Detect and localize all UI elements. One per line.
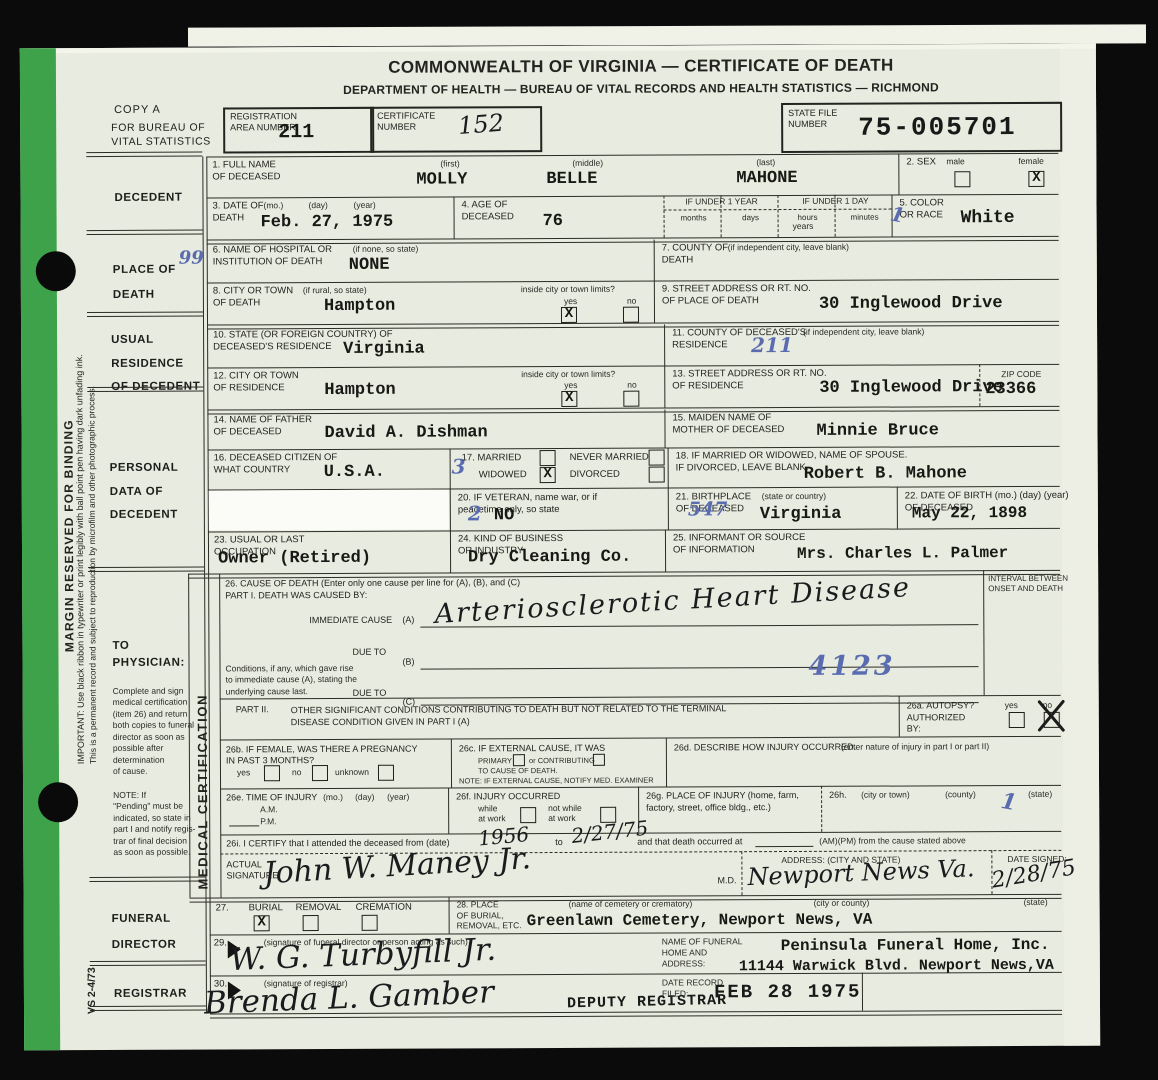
hospital-value: NONE bbox=[349, 256, 390, 275]
funeral-home-name-value: Peninsula Funeral Home, Inc. bbox=[781, 936, 1050, 955]
rule bbox=[86, 152, 202, 158]
field26b-unknown-label: unknown bbox=[335, 767, 369, 777]
field8-hint: (if rural, so state) bbox=[303, 285, 367, 295]
field9-label: 9. STREET ADDRESS OR RT. NO. OF PLACE OF… bbox=[662, 283, 811, 307]
field17-widowed-label: WIDOWED bbox=[479, 469, 527, 481]
field12-yes-label: yes bbox=[564, 380, 577, 390]
physician-note-2: NOTE: If "Pending" must be indicated, so… bbox=[113, 790, 196, 859]
married-checkbox bbox=[540, 450, 556, 466]
field27-number: 27. bbox=[216, 902, 229, 914]
rule bbox=[741, 851, 742, 895]
field5-label: 5. COLOR OR RACE bbox=[899, 197, 943, 221]
rule bbox=[207, 236, 1059, 245]
field26d-label: 26d. DESCRIBE HOW INJURY OCCURRED. bbox=[674, 742, 856, 754]
rule bbox=[453, 196, 454, 238]
rule bbox=[897, 487, 898, 529]
funeral-home-address-value: 11144 Warwick Blvd. Newport News,VA bbox=[739, 957, 1054, 975]
decedent-middle-name: BELLE bbox=[546, 170, 597, 189]
field26c-primary-label: PRIMARY bbox=[478, 756, 512, 765]
margin-important-note-1: IMPORTANT: Use black ribbon in typewrite… bbox=[74, 354, 86, 764]
field26e-day-hint: (day) bbox=[355, 792, 374, 802]
field12-label: 12. CITY OR TOWN OF RESIDENCE bbox=[213, 370, 299, 394]
field4-label: 4. AGE OF DECEASED bbox=[461, 199, 513, 223]
field21-hint: (state or country) bbox=[762, 491, 826, 501]
removal-checkbox bbox=[303, 915, 319, 931]
section-personal-data: PERSONAL DATA OF DECEDENT bbox=[110, 457, 179, 528]
date-filed-stamp: FEB 28 1975 bbox=[714, 981, 862, 1004]
field28-label: 28. PLACE OF BURIAL, REMOVAL, ETC. bbox=[457, 899, 522, 931]
place-of-death-address-value: 30 Inglewood Drive bbox=[819, 294, 1003, 314]
certify-ampm-text: (AM)(PM) from the cause stated above bbox=[819, 835, 965, 846]
rule bbox=[664, 325, 665, 408]
rule bbox=[87, 312, 203, 318]
rule bbox=[448, 787, 449, 833]
field11-hint: (if independent city, leave blank) bbox=[803, 326, 924, 337]
field26c-note: NOTE: IF EXTERNAL CAUSE, NOTIFY MED. EXA… bbox=[459, 776, 654, 786]
field12-no-label: no bbox=[627, 380, 637, 390]
rule bbox=[90, 1006, 206, 1012]
green-binding-stripe bbox=[20, 48, 60, 1050]
field26c-contributing-label: or CONTRIBUTING bbox=[529, 756, 595, 765]
spouse-name-value: Robert B. Mahone bbox=[804, 464, 967, 484]
rule bbox=[88, 567, 204, 573]
certificate-paper: MARGIN RESERVED FOR BINDING IMPORTANT: U… bbox=[20, 44, 1100, 1051]
field1-first-hint: (first) bbox=[440, 158, 459, 168]
cause-code-handwritten: 4123 bbox=[808, 651, 895, 682]
certificate-subtitle: DEPARTMENT OF HEALTH — BUREAU OF VITAL R… bbox=[223, 80, 1059, 99]
never-married-checkbox bbox=[649, 450, 665, 466]
field26f-notwhile-label: not while at work bbox=[548, 803, 582, 824]
rule bbox=[983, 570, 985, 695]
rule bbox=[668, 488, 669, 530]
certify-text-after: and that death occurred at bbox=[637, 836, 742, 848]
birthplace-code-handwritten: 547 bbox=[688, 498, 728, 520]
external-contributing-checkbox bbox=[593, 754, 605, 766]
field1-label: 1. FULL NAME OF DECEASED bbox=[212, 159, 280, 183]
field15-label: 15. MAIDEN NAME OF MOTHER OF DECEASED bbox=[672, 412, 784, 436]
field3-label: 3. DATE OF DEATH bbox=[212, 200, 263, 224]
rule bbox=[979, 364, 980, 406]
section-registrar: REGISTRAR bbox=[114, 982, 187, 1007]
cause-a-label: (A) bbox=[402, 615, 414, 626]
field16-label: 16. DECEASED CITIZEN OF WHAT COUNTRY bbox=[214, 452, 338, 476]
days-label: days bbox=[724, 213, 778, 223]
section-decedent: DECEDENT bbox=[114, 186, 182, 211]
pregnancy-no-checkbox bbox=[312, 765, 328, 781]
date-of-death-value: Feb. 27, 1975 bbox=[261, 213, 394, 233]
mother-name-value: Minnie Bruce bbox=[816, 421, 939, 441]
under-1-year-label: IF UNDER 1 YEAR bbox=[666, 196, 776, 207]
copy-label: COPY A bbox=[114, 103, 161, 118]
field26b-no-label: no bbox=[292, 767, 302, 777]
rule bbox=[821, 786, 822, 832]
field27-removal-label: REMOVAL bbox=[296, 902, 342, 914]
field17-divorced-label: DIVORCED bbox=[570, 469, 620, 481]
field25-label: 25. INFORMANT OR SOURCE OF INFORMATION bbox=[673, 532, 805, 556]
scan-background: MARGIN RESERVED FOR BINDING IMPORTANT: U… bbox=[0, 0, 1158, 1080]
field2-female-label: female bbox=[1018, 156, 1044, 166]
cremation-checkbox bbox=[362, 915, 378, 931]
field26h-label: 26h. bbox=[829, 790, 847, 801]
zip-code-label: ZIP CODE bbox=[1001, 369, 1041, 379]
rule bbox=[666, 738, 667, 787]
due-to-b-label: DUE TO bbox=[352, 647, 386, 658]
widowed-checkbox: X bbox=[540, 467, 556, 483]
informant-value: Mrs. Charles L. Palmer bbox=[797, 544, 1008, 563]
autopsy-no-mark bbox=[1035, 699, 1069, 733]
rule bbox=[87, 230, 203, 236]
field12-limits-label: inside city or town limits? bbox=[521, 369, 615, 380]
sex-female-checkbox: X bbox=[1028, 171, 1044, 187]
rule bbox=[210, 931, 1062, 936]
injury-at-work-checkbox bbox=[520, 807, 536, 823]
hours-label: hours bbox=[781, 213, 835, 223]
field26e-mo-hint: (mo.) bbox=[323, 792, 343, 802]
field3-day-hint: (day) bbox=[308, 200, 327, 210]
veteran-value: NO bbox=[494, 506, 514, 525]
field28-cemetery-hint: (name of cemetery or crematory) bbox=[569, 898, 693, 909]
rule bbox=[449, 896, 450, 933]
field26f-label: 26f. INJURY OCCURRED bbox=[456, 791, 560, 803]
immediate-cause-label: IMMEDIATE CAUSE bbox=[309, 615, 392, 627]
rule bbox=[229, 825, 259, 826]
interval-label: INTERVAL BETWEEN ONSET AND DEATH bbox=[988, 574, 1068, 594]
rule bbox=[898, 154, 899, 195]
physician-note-1: Complete and sign medical certification … bbox=[113, 686, 195, 778]
paper-right-edge bbox=[1060, 44, 1100, 1046]
field8-label: 8. CITY OR TOWN OF DEATH bbox=[213, 285, 293, 309]
field6-hint: (if none, so state) bbox=[353, 244, 419, 254]
zip-code-value: 23366 bbox=[985, 380, 1036, 399]
conditions-note: Conditions, if any, which gave rise to i… bbox=[226, 663, 357, 698]
margin-important-note-2: This is a permanent record and subject t… bbox=[86, 386, 98, 764]
months-label: months bbox=[667, 213, 721, 223]
punch-hole-top bbox=[36, 251, 76, 291]
sex-male-checkbox bbox=[954, 171, 970, 187]
section-to-physician: TO PHYSICIAN: bbox=[112, 638, 185, 673]
rule bbox=[90, 961, 206, 967]
field1-middle-hint: (middle) bbox=[572, 158, 603, 168]
business-value: Dry Cleaning Co. bbox=[468, 548, 631, 568]
field26e-label: 26e. TIME OF INJURY bbox=[226, 792, 317, 804]
field8-yes-label: yes bbox=[564, 296, 577, 306]
rule bbox=[654, 240, 655, 323]
part2-label: PART II. bbox=[236, 704, 269, 715]
field12-no-checkbox bbox=[623, 391, 639, 407]
field28-state-hint: (state) bbox=[1024, 897, 1048, 907]
punch-hole-bottom bbox=[38, 782, 78, 822]
field14-label: 14. NAME OF FATHER OF DECEASED bbox=[213, 414, 312, 438]
field26g-label: 26g. PLACE OF INJURY (home, farm, factor… bbox=[646, 790, 799, 814]
field26c-label: 26c. IF EXTERNAL CAUSE, IT WAS bbox=[459, 743, 605, 755]
field26e-yr-hint: (year) bbox=[387, 792, 409, 802]
rule bbox=[450, 488, 451, 530]
rule bbox=[664, 410, 665, 448]
field26h-city-hint: (city or town) bbox=[861, 789, 910, 799]
pregnancy-unknown-checkbox bbox=[378, 765, 394, 781]
field3-yr-hint: (year) bbox=[353, 200, 375, 210]
field17-married-label: 17. MARRIED bbox=[462, 452, 522, 464]
part2-text: OTHER SIGNIFICANT CONDITIONS CONTRIBUTIN… bbox=[291, 702, 727, 728]
section-place-of-death: PLACE OF DEATH bbox=[113, 258, 176, 308]
rule bbox=[89, 877, 205, 883]
field17-never-label: NEVER MARRIED bbox=[570, 452, 649, 464]
rule bbox=[207, 279, 1059, 284]
field26h-county-hint: (county) bbox=[945, 789, 976, 799]
rule bbox=[450, 530, 451, 572]
field26f-while-label: while at work bbox=[478, 803, 505, 823]
md-label: M.D. bbox=[717, 875, 736, 886]
field19-redaction-box bbox=[209, 489, 449, 530]
field8-yes-checkbox: X bbox=[561, 307, 577, 323]
field3-mo-hint: (mo.) bbox=[263, 200, 283, 210]
certify-to-label: to bbox=[555, 837, 563, 848]
field13-label: 13. STREET ADDRESS OR RT. NO. OF RESIDEN… bbox=[672, 368, 826, 392]
autopsy-yes-checkbox bbox=[1009, 712, 1025, 728]
rule bbox=[207, 364, 1059, 369]
field26e-pm-label: P.M. bbox=[260, 816, 276, 826]
rule bbox=[451, 738, 452, 787]
section-funeral-director: FUNERAL DIRECTOR bbox=[112, 906, 177, 959]
external-primary-checkbox bbox=[513, 754, 525, 766]
rule bbox=[663, 196, 664, 238]
state-file-value: 75-005701 bbox=[858, 112, 1017, 143]
city-of-death-value: Hampton bbox=[324, 297, 396, 316]
field27-burial-label: BURIAL bbox=[249, 902, 283, 914]
field12-yes-checkbox: X bbox=[561, 391, 577, 407]
field6-label: 6. NAME OF HOSPITAL OR INSTITUTION OF DE… bbox=[213, 244, 332, 268]
field26c-tocause-label: TO CAUSE OF DEATH. bbox=[478, 766, 558, 775]
rule bbox=[220, 736, 1061, 741]
rule bbox=[668, 448, 669, 488]
pregnancy-yes-checkbox bbox=[264, 765, 280, 781]
field26d-hint: (enter nature of injury in part I or par… bbox=[841, 741, 989, 752]
rule bbox=[87, 387, 203, 393]
field1-last-hint: (last) bbox=[756, 157, 775, 167]
certificate-title: COMMONWEALTH OF VIRGINIA — CERTIFICATE O… bbox=[223, 54, 1059, 79]
field26a-yes-label: yes bbox=[1005, 700, 1018, 710]
residence-county-handwritten: 211 bbox=[751, 333, 793, 357]
rule bbox=[777, 195, 778, 237]
hospital-code-handwritten: 99 bbox=[179, 248, 204, 269]
decedent-first-name: MOLLY bbox=[416, 170, 467, 189]
field2-label: 2. SEX bbox=[906, 156, 936, 168]
funeral-home-label: NAME OF FUNERAL HOME AND ADDRESS: bbox=[662, 936, 743, 969]
age-value: 76 bbox=[543, 212, 563, 231]
field26h-code-handwritten: 1 bbox=[999, 788, 1018, 816]
field8-no-checkbox bbox=[623, 307, 639, 323]
certificate-number-value: 152 bbox=[457, 109, 505, 140]
registration-area-value: 211 bbox=[278, 121, 314, 144]
field26e-am-label: A.M. bbox=[260, 804, 278, 814]
rule bbox=[755, 846, 813, 847]
burial-checkbox: X bbox=[254, 915, 270, 931]
rule bbox=[220, 785, 1061, 790]
field29-number: 29. bbox=[214, 937, 227, 949]
decedent-last-name: MAHONE bbox=[736, 169, 797, 188]
place-of-burial-value: Greenlawn Cemetery, Newport News, VA bbox=[527, 911, 873, 931]
field7-hint: (if independent city, leave blank) bbox=[728, 242, 849, 253]
field26h-state-hint: (state) bbox=[1028, 789, 1052, 799]
birthplace-value: Virginia bbox=[760, 505, 842, 524]
field8-limits-label: inside city or town limits? bbox=[521, 284, 615, 295]
father-name-value: David A. Dishman bbox=[324, 423, 487, 443]
rule bbox=[208, 446, 1060, 451]
date-of-birth-value: May 22, 1898 bbox=[912, 504, 1027, 523]
field26b-yes-label: yes bbox=[237, 767, 250, 777]
rule bbox=[665, 530, 666, 572]
certificate-number-label: CERTIFICATE NUMBER bbox=[377, 111, 435, 134]
residence-state-value: Virginia bbox=[343, 340, 425, 359]
field7-label: 7. COUNTY OF DEATH bbox=[662, 242, 728, 266]
residence-city-value: Hampton bbox=[324, 381, 396, 400]
copy-for-label: FOR BUREAU OF VITAL STATISTICS bbox=[111, 122, 211, 150]
paper-top-edge bbox=[20, 44, 1096, 54]
rule bbox=[899, 696, 900, 737]
rule bbox=[450, 448, 451, 488]
field2-male-label: male bbox=[946, 156, 964, 166]
field28-city-hint: (city or county) bbox=[814, 898, 870, 908]
section-medical-certification: MEDICAL CERTIFICATION bbox=[195, 694, 211, 890]
state-file-label: STATE FILE NUMBER bbox=[788, 108, 837, 131]
rule bbox=[219, 573, 221, 897]
minutes-label: minutes bbox=[838, 213, 892, 223]
color-race-value: White bbox=[961, 208, 1015, 228]
divorced-checkbox bbox=[649, 467, 665, 483]
field26b-label: 26b. IF FEMALE, WAS THERE A PREGNANCY IN… bbox=[226, 744, 418, 767]
due-to-c-label: DUE TO bbox=[353, 688, 387, 699]
cause-b-label: (B) bbox=[402, 657, 414, 668]
veteran-code-handwritten: 2 bbox=[468, 501, 482, 525]
rule bbox=[862, 973, 863, 1011]
occupation-value: Owner (Retired) bbox=[218, 549, 371, 569]
citizen-value: U.S.A. bbox=[324, 463, 385, 482]
residence-address-value: 30 Inglewood Drive bbox=[819, 378, 1003, 398]
field27-cremation-label: CREMATION bbox=[356, 902, 412, 914]
rule bbox=[207, 406, 1059, 415]
field8-no-label: no bbox=[627, 296, 637, 306]
field26a-label: 26a. AUTOPSY? AUTHORIZED BY: bbox=[907, 700, 975, 735]
under-1-day-label: IF UNDER 1 DAY bbox=[780, 196, 890, 207]
